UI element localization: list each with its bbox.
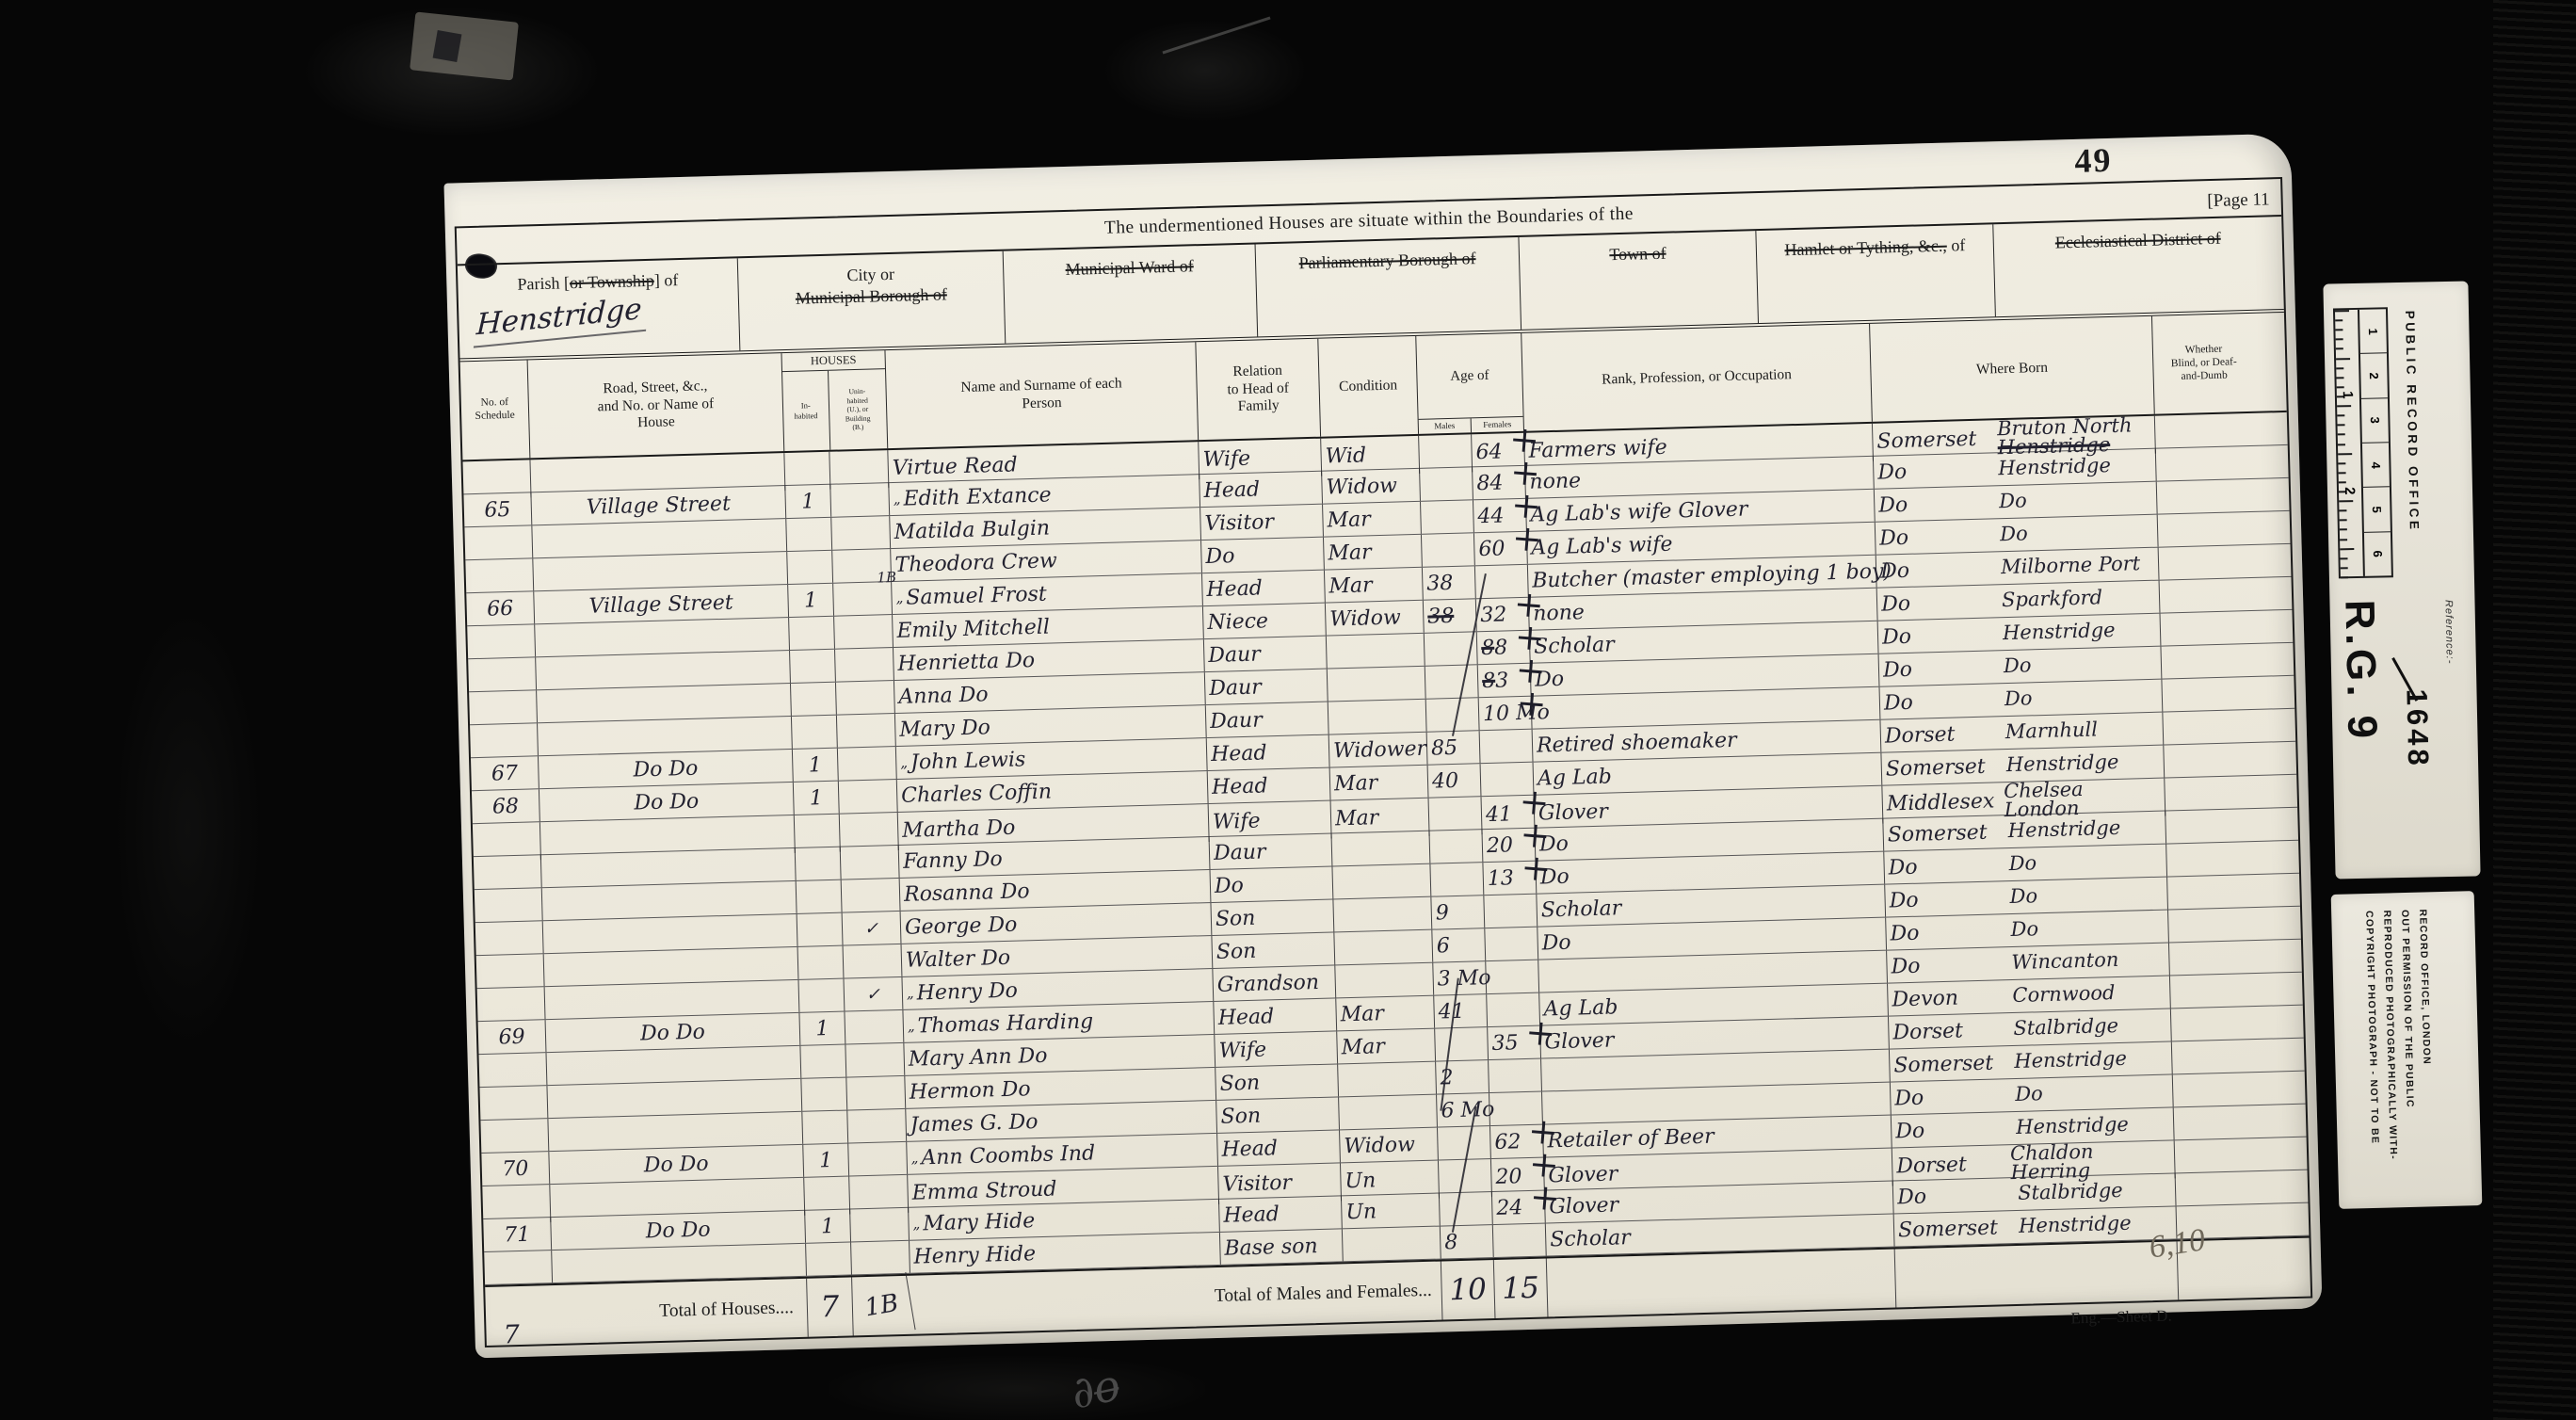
location-cell-3: Parliamentary Borough of [1256, 237, 1522, 337]
location-cell-0: Parish [or Township] ofHenstridge [458, 258, 741, 358]
cell-schedule [469, 690, 538, 724]
cell-inhabited [787, 551, 833, 584]
cell-age-males: 38 [1424, 599, 1477, 633]
cell-blind [2172, 1040, 2274, 1074]
location-cell-6: Ecclesiastical District of [1993, 217, 2284, 316]
cell-blind [2156, 446, 2258, 481]
cell-schedule [484, 1251, 553, 1284]
cell-condition [1339, 1095, 1438, 1130]
cell-relation: Grandson [1213, 965, 1336, 1001]
cell-inhabited [786, 518, 832, 551]
cell-inhabited [789, 617, 835, 650]
cell-relation: Do [1201, 538, 1325, 573]
cell-blind [2164, 743, 2265, 778]
copyright-text: COPYRIGHT PHOTOGRAPH - NOT TO BEREPRODUC… [2331, 891, 2483, 1209]
cell-condition: Mar [1337, 1029, 1436, 1064]
cell-age-males [1435, 1027, 1489, 1061]
cell-inhabited: 1 [799, 1012, 845, 1045]
total-females: 15 [1494, 1258, 1549, 1317]
header-uninhabited: Unin- habited (U.), or Building (B.) [829, 369, 888, 450]
cell-relation: Wife [1215, 1031, 1338, 1067]
cell-age-males: 8 [1441, 1225, 1494, 1259]
cell-relation: Head [1199, 472, 1323, 508]
cell-condition: Mar [1324, 535, 1423, 570]
cell-age-males [1420, 467, 1473, 501]
cell-inhabited [806, 1242, 852, 1275]
cell-relation: Base son [1220, 1229, 1344, 1265]
tally-cross-mark: + [1511, 520, 1544, 557]
form-title: The undermentioned Houses are situate wi… [1104, 204, 1634, 239]
cell-blind [2159, 545, 2261, 580]
cell-schedule: 67 [471, 756, 539, 790]
cell-inhabited [798, 946, 845, 979]
copyright-line-4: RECORD OFFICE, LONDON [2417, 909, 2436, 1206]
cell-condition: Widow [1322, 469, 1421, 504]
cell-uninhabited [845, 1043, 905, 1077]
cell-age-females [1489, 1059, 1542, 1093]
film-paper-scrap-mark [433, 30, 462, 62]
cell-inhabited [792, 716, 838, 749]
cell-condition: Mar [1330, 766, 1429, 800]
header-relation: Relation to Head of Family [1196, 339, 1321, 440]
cell-uninhabited [851, 1241, 910, 1275]
copyright-line-3: OUT PERMISSION OF THE PUBLIC [2399, 910, 2418, 1207]
header-occupation: Rank, Profession, or Occupation [1521, 324, 1873, 431]
cell-uninhabited [835, 648, 894, 682]
cell-condition: Mar [1323, 502, 1422, 537]
copyright-card: COPYRIGHT PHOTOGRAPH - NOT TO BEREPRODUC… [2331, 891, 2483, 1209]
cell-inhabited [800, 1045, 846, 1078]
cell-condition [1334, 930, 1433, 965]
cell-uninhabited [850, 1208, 910, 1242]
cell-relation: Head [1208, 768, 1331, 804]
cell-condition [1332, 864, 1431, 899]
cell-schedule [477, 987, 546, 1021]
cell-inhabited: 1 [794, 782, 840, 815]
cell-age-females [1486, 960, 1539, 994]
cell-condition [1327, 634, 1425, 669]
header-inhabited: In- habited [782, 371, 830, 451]
folio-number: 49 [2074, 140, 2113, 181]
header-age-title: Age of [1449, 334, 1490, 418]
cell-schedule: 68 [472, 789, 540, 823]
cell-uninhabited [837, 714, 896, 748]
cell-inhabited [799, 979, 845, 1012]
cell-uninhabited: 1B [833, 582, 893, 616]
film-smudge [113, 603, 264, 1055]
cell-schedule [479, 1086, 548, 1120]
cell-age-males: 6 Mo [1437, 1093, 1490, 1127]
cell-blind [2157, 479, 2259, 514]
record-group-label: R.G. 9 [2335, 599, 2385, 742]
cell-relation: Son [1216, 1097, 1340, 1133]
cell-blind [2170, 974, 2272, 1009]
reference-label: Reference:- [2442, 600, 2455, 665]
cell-uninhabited: ✓ [844, 977, 903, 1011]
cell-relation: Daur [1205, 670, 1328, 705]
ruler-inch-5: 5 [2363, 488, 2391, 533]
header-blind: Whether Blind, or Deaf- and-Dumb [2152, 314, 2256, 414]
cell-schedule [475, 921, 544, 955]
location-cell-5: Hamlet or Tything, &c., of [1756, 224, 1996, 323]
cell-schedule: 69 [478, 1020, 547, 1054]
cell-where-born: SomersetHenstridge [1894, 1206, 2178, 1246]
parish-value: Henstridge [474, 290, 648, 347]
public-record-office-label: PUBLIC RECORD OFFICE [2403, 311, 2423, 584]
cell-schedule [476, 954, 545, 988]
cell-schedule [475, 888, 543, 922]
cell-inhabited [801, 1078, 847, 1111]
cell-condition [1335, 963, 1434, 998]
location-cell-4: Town of [1519, 231, 1759, 330]
cell-age-males [1422, 533, 1475, 567]
cell-schedule [479, 1053, 548, 1087]
cell-age-males [1438, 1126, 1491, 1160]
cell-relation: Niece [1203, 604, 1327, 639]
cell-blind [2163, 710, 2264, 745]
copyright-line-2: REPRODUCED PHOTOGRAPHICALLY WITH- [2381, 910, 2400, 1207]
cell-uninhabited [848, 1142, 908, 1176]
film-pen-scribble: ∂o̶ [1067, 1359, 1125, 1419]
cell-age-males [1429, 830, 1483, 863]
ruler: 1 2 123456 [2333, 307, 2393, 578]
cell-relation: Do [1211, 866, 1334, 902]
cell-blind [2161, 644, 2262, 679]
cell-condition [1333, 897, 1432, 932]
tally-cross-mark: + [1529, 1178, 1562, 1216]
cell-condition: Widow [1340, 1128, 1439, 1163]
ruler-cm-2: 2 [2342, 487, 2358, 495]
cell-condition: Widower [1329, 733, 1428, 767]
cell-relation: Daur [1210, 834, 1333, 870]
cell-age-males [1421, 500, 1474, 534]
cell-uninhabited [844, 944, 903, 978]
census-scan-page: { "marks":{"cross":"+","check":"✓","inse… [0, 0, 2576, 1420]
header-born: Where Born [1870, 316, 2155, 422]
cell-relation: Daur [1206, 702, 1329, 738]
total-males-females-label: Total of Males and Females... [910, 1262, 1442, 1334]
cell-schedule [464, 525, 533, 559]
tally-cross-mark: + [1524, 1013, 1557, 1051]
cell-blind [2173, 1073, 2275, 1107]
cell-condition: Un [1342, 1194, 1441, 1229]
cell-relation: Head [1219, 1196, 1343, 1232]
cell-uninhabited [830, 483, 890, 517]
cell-condition [1332, 831, 1431, 866]
cell-uninhabited [836, 681, 895, 715]
cell-inhabited: 1 [805, 1209, 851, 1242]
cell-blind [2168, 908, 2270, 943]
cell-inhabited [797, 880, 843, 913]
cell-uninhabited [838, 747, 897, 781]
cell-inhabited [790, 650, 836, 683]
cell-schedule [465, 558, 534, 592]
cell-blind [2167, 875, 2269, 910]
stray-mark: 7 [503, 1320, 520, 1349]
location-cell-2: Municipal Ward of [1004, 244, 1259, 343]
film-smudge [829, 1356, 1205, 1420]
film-grain-edge [2493, 0, 2576, 1420]
cell-age-females [1493, 1224, 1547, 1258]
cell-age-males [1425, 665, 1479, 699]
total-houses-uninhabited: 1B [848, 1272, 915, 1339]
cell-relation: Son [1216, 1064, 1339, 1100]
cell-relation: Head [1214, 998, 1337, 1034]
copyright-line-1: COPYRIGHT PHOTOGRAPH - NOT TO BE [2363, 911, 2382, 1208]
cell-blind [2174, 1105, 2276, 1140]
cell-age-males: 41 [1434, 994, 1488, 1028]
cell-uninhabited [842, 879, 901, 912]
cell-inhabited: 1 [785, 485, 831, 518]
cell-condition: Mar [1325, 568, 1424, 603]
cell-uninhabited [847, 1109, 907, 1143]
cell-condition [1343, 1227, 1441, 1262]
census-sheet: 49 The undermentioned Houses are situate… [443, 134, 2322, 1359]
cell-schedule: 71 [483, 1218, 552, 1251]
cell-schedule: 65 [463, 492, 532, 526]
cell-relation: Head [1207, 735, 1330, 771]
piece-number: 1648 [2399, 688, 2435, 769]
cell-blind [2166, 842, 2268, 877]
film-scratch [1162, 17, 1270, 55]
cell-condition [1328, 667, 1426, 702]
cell-relation: Head [1217, 1130, 1341, 1166]
ruler-ticks [2335, 310, 2361, 576]
ruler-inch-6: 6 [2364, 532, 2391, 576]
cell-inhabited: 1 [793, 749, 839, 782]
cell-age-females [1484, 895, 1538, 928]
page-label: [Page 11 [2207, 189, 2270, 212]
cell-blind [2165, 809, 2267, 844]
header-age-males: Males [1419, 419, 1472, 434]
cell-inhabited: 1 [803, 1144, 849, 1177]
cell-inhabited [796, 847, 842, 880]
cell-age-males: 6 [1432, 928, 1486, 962]
cell-blind [2171, 1007, 2273, 1041]
film-paper-scrap [410, 11, 519, 80]
cell-condition: Widow [1326, 601, 1425, 636]
cell-relation: Visitor [1200, 505, 1324, 541]
cell-relation: Head [1202, 571, 1326, 606]
total-houses-inhabited: 7 [807, 1277, 854, 1336]
cell-schedule [474, 855, 542, 889]
cell-age-males [1430, 863, 1484, 896]
cell-blind [2169, 941, 2271, 976]
header-schedule: No. of Schedule [460, 360, 531, 460]
cell-age-males: 2 [1436, 1060, 1489, 1094]
cell-condition [1338, 1062, 1437, 1097]
cell-schedule [480, 1119, 549, 1153]
cell-age-males: 85 [1427, 731, 1481, 765]
tally-cross-mark: + [1520, 848, 1553, 886]
cell-age-males [1425, 632, 1478, 666]
cell-uninhabited [839, 780, 898, 814]
cell-relation: Son [1211, 899, 1334, 935]
header-age: Age of Males Females [1416, 333, 1524, 434]
cell-age-females [1485, 928, 1538, 961]
cell-age-males: 38 [1423, 566, 1476, 600]
pro-reference-card: 1 2 123456 PUBLIC RECORD OFFICE Referenc… [2323, 281, 2480, 879]
ruler-inch-1: 1 [2359, 309, 2387, 354]
cell-condition: Mar [1336, 996, 1435, 1031]
cell-inhabited: 1 [788, 584, 834, 617]
ruler-inch-3: 3 [2361, 398, 2389, 444]
cell-inhabited [802, 1111, 848, 1144]
cell-uninhabited [841, 846, 900, 879]
cell-uninhabited [845, 1010, 904, 1044]
cell-schedule: 66 [466, 591, 535, 625]
cell-uninhabited: ✓ [843, 912, 902, 945]
cell-blind [2176, 1171, 2278, 1206]
cell-condition [1328, 700, 1427, 734]
cell-age-males: 9 [1431, 896, 1485, 929]
header-name: Name and Surname of each Person [885, 342, 1199, 448]
total-males: 10 [1441, 1260, 1496, 1319]
cell-relation: Son [1212, 932, 1335, 968]
cell-schedule: 70 [481, 1152, 550, 1186]
cell-blind [2158, 512, 2260, 547]
tally-cross-mark: + [1515, 685, 1548, 722]
header-road: Road, Street, &c., and No. or Name of Ho… [528, 353, 785, 458]
total-houses-label: Total of Houses.... [485, 1279, 809, 1346]
cell-uninhabited [834, 615, 894, 649]
cell-blind [2160, 578, 2262, 613]
cell-uninhabited [831, 516, 891, 550]
header-condition: Condition [1318, 336, 1419, 437]
location-cell-1: City orMunicipal Borough of [738, 251, 1006, 351]
cell-schedule [467, 624, 536, 658]
header-houses: HOUSES In- habited Unin- habited (U.), o… [781, 350, 888, 451]
cell-age-males: 3 Mo [1433, 961, 1487, 995]
cell-uninhabited [846, 1076, 906, 1110]
cell-age-males [1426, 698, 1480, 732]
cell-road [552, 1244, 807, 1283]
cell-blind [2161, 611, 2262, 646]
cell-schedule [470, 723, 539, 757]
ruler-inch-4: 4 [2362, 443, 2390, 488]
census-form: The undermentioned Houses are situate wi… [455, 177, 2313, 1347]
film-smudge [1102, 19, 1309, 122]
cell-age-males [1440, 1192, 1493, 1226]
cell-age-males: 40 [1428, 764, 1482, 798]
ruler-inch-scale: 123456 [2358, 309, 2391, 576]
cell-relation: Daur [1204, 637, 1328, 672]
table-body: Virtue ReadWifeWid64+Farmers wifeSomerse… [462, 412, 2309, 1285]
ruler-inch-2: 2 [2360, 354, 2388, 399]
cell-age-females [1480, 730, 1534, 764]
cell-blind [2162, 677, 2263, 712]
ruler-cm-1: 1 [2340, 391, 2356, 399]
cell-schedule [468, 657, 537, 691]
cell-inhabited [797, 913, 844, 946]
cell-inhabited [791, 683, 837, 716]
